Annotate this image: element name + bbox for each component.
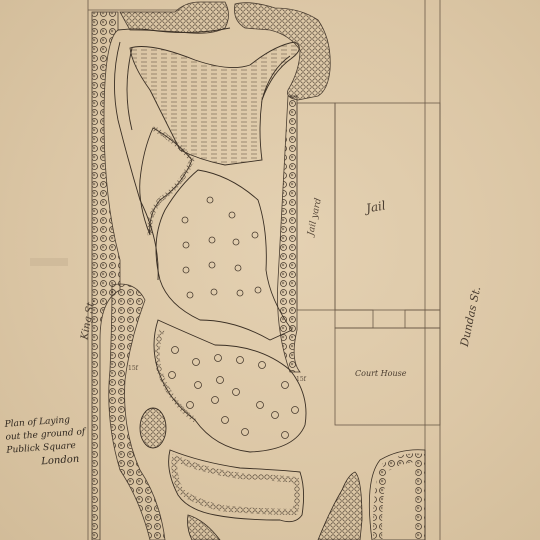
map-sheet: Plan of Laying out the ground of Publick… — [0, 0, 540, 540]
bottom-right-bed — [318, 472, 362, 540]
right-shrub-strip — [278, 96, 301, 372]
upper-tree-grove — [156, 170, 292, 340]
bottom-triangle-bed — [188, 515, 221, 540]
oval-bed — [140, 408, 166, 448]
upper-trees — [182, 197, 261, 298]
pond-area — [130, 42, 299, 165]
court-house-label: Court House — [355, 369, 406, 378]
path-mark-right: 15f — [296, 376, 306, 383]
left-shrub-border — [92, 12, 120, 540]
lower-trees — [169, 347, 299, 439]
map-title: Plan of Laying out the ground of Publick… — [4, 413, 87, 470]
path-mark-left: 15f — [128, 365, 138, 372]
